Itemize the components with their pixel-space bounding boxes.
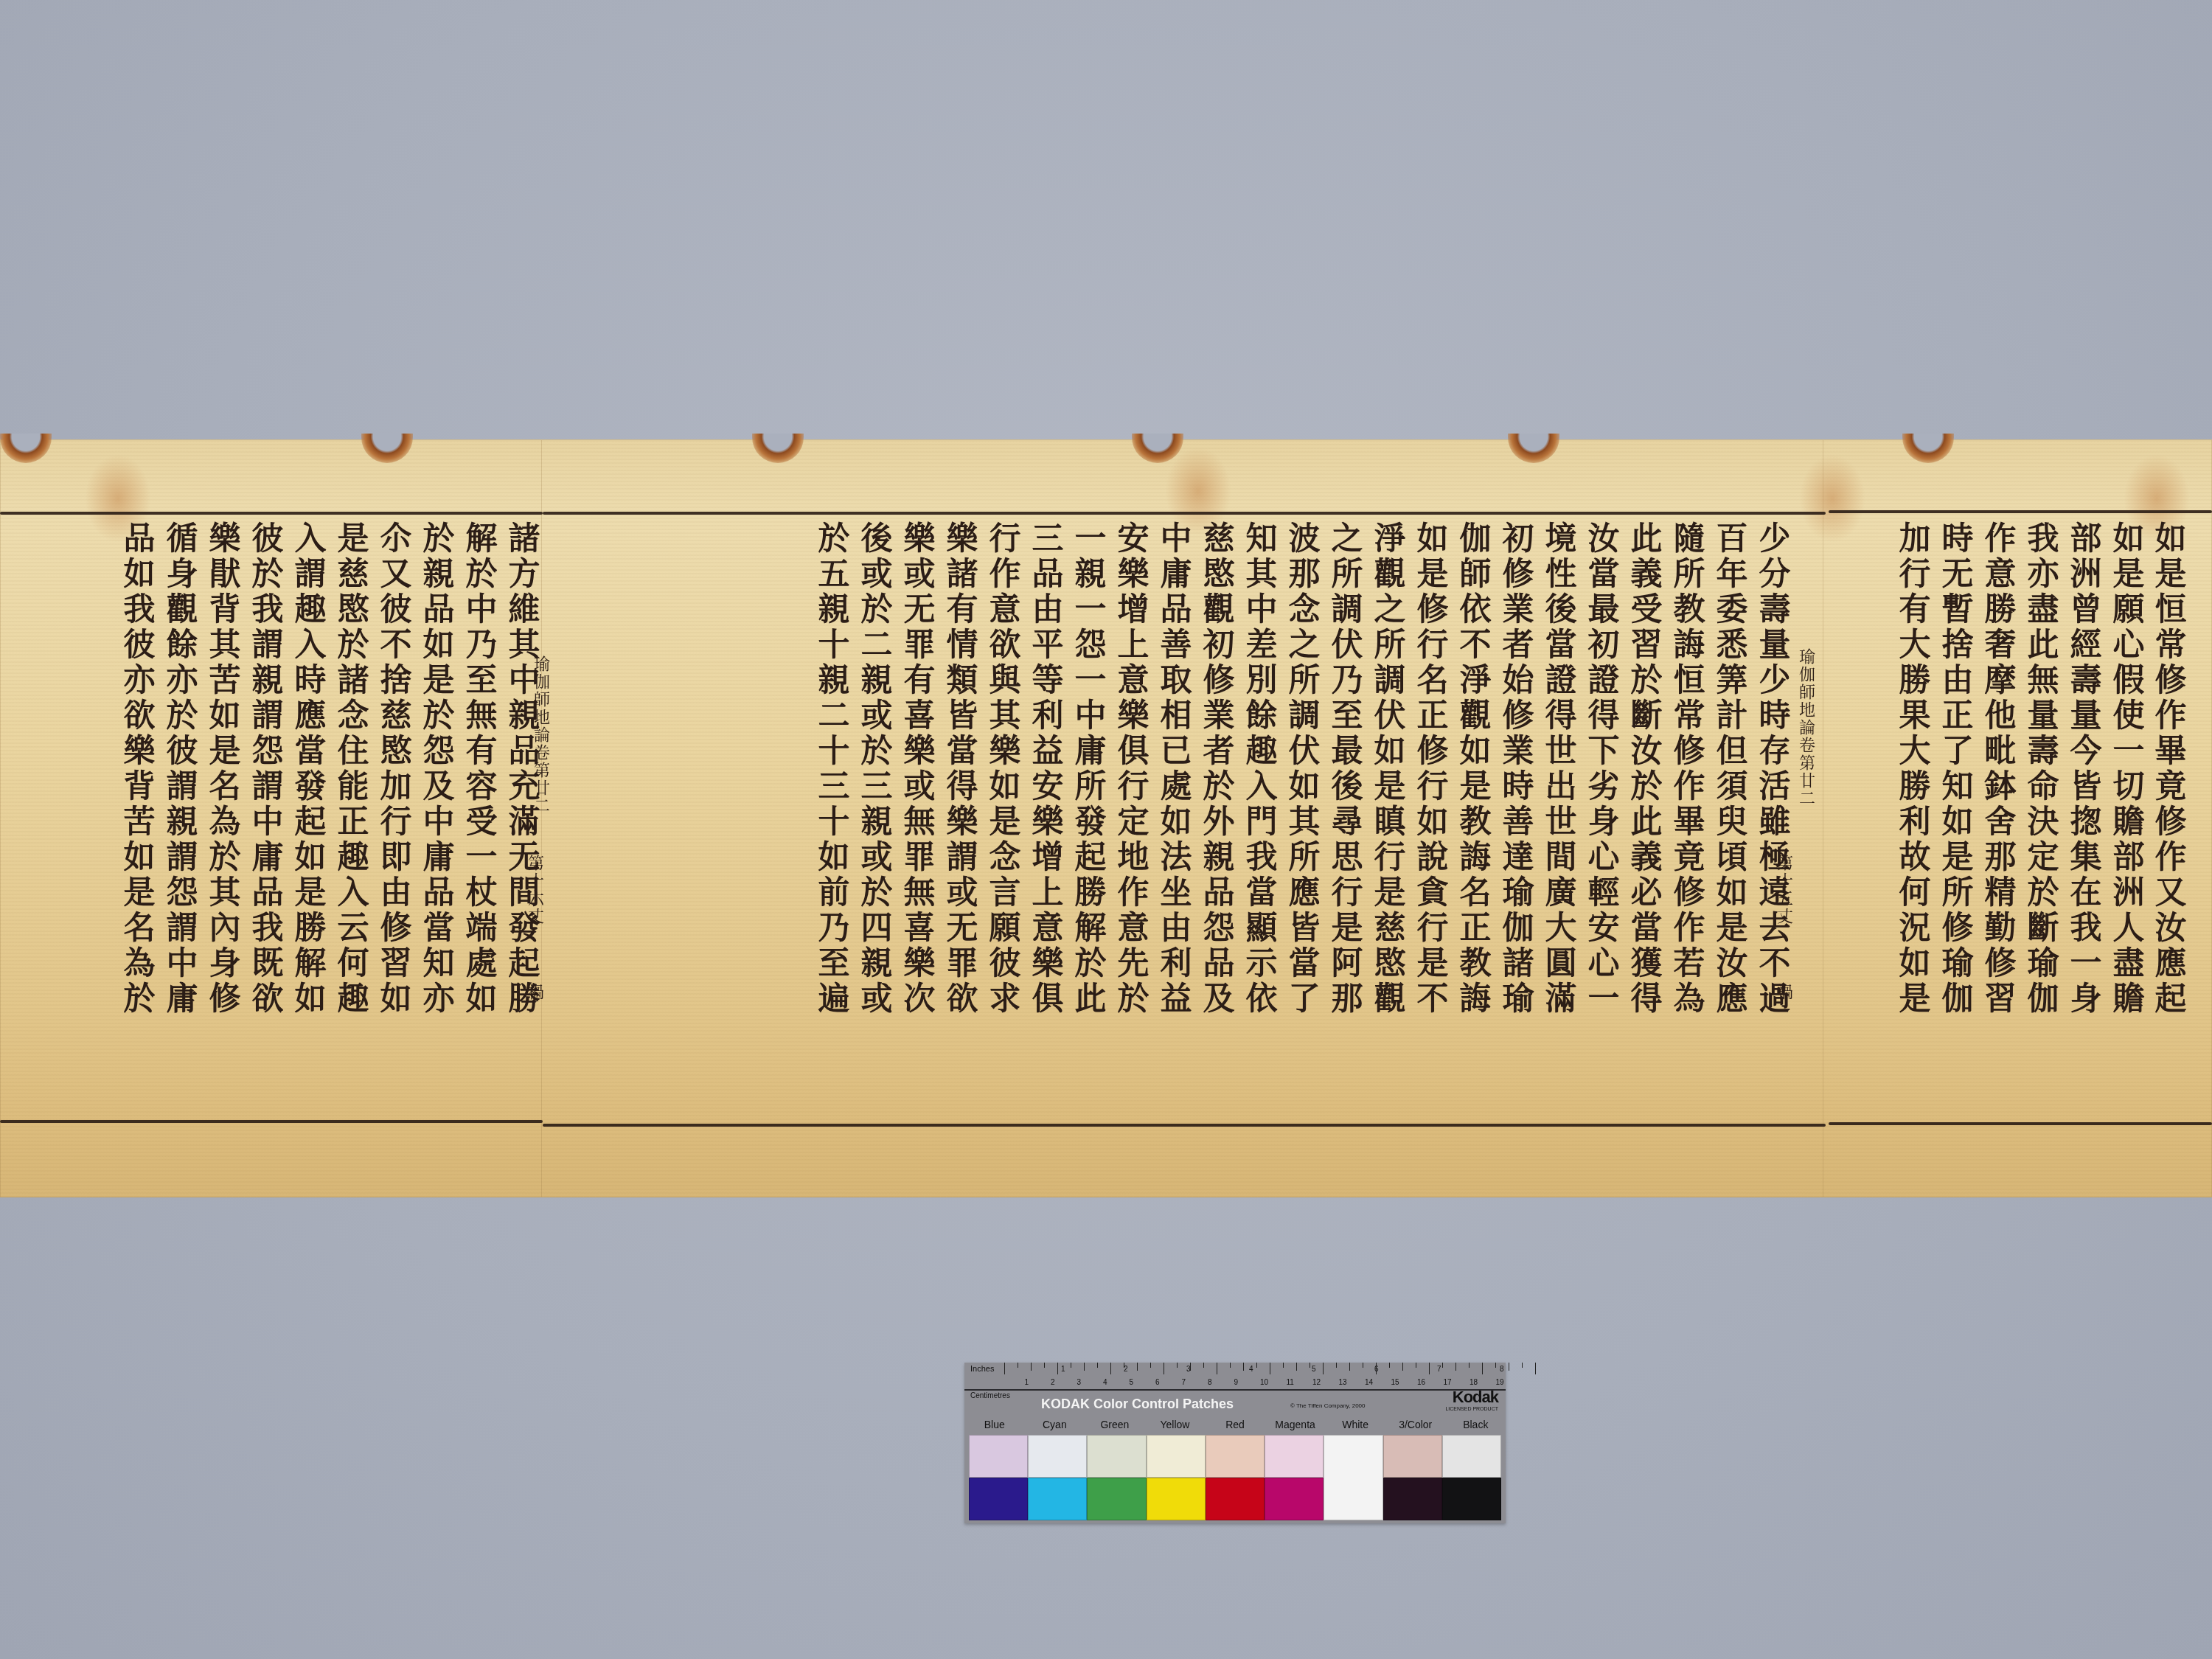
- color-patch-yellow-light: [1147, 1435, 1206, 1478]
- character: 等: [1026, 663, 1069, 698]
- character: 行: [1112, 769, 1155, 804]
- character: 正: [1411, 698, 1454, 734]
- text-column: 我亦盡此無量壽命決定於斷瑜伽: [2022, 521, 2065, 1017]
- character: 慈: [1368, 911, 1411, 946]
- ruler-tick: [1363, 1363, 1363, 1368]
- character: 揔: [2065, 804, 2107, 840]
- character: 誨: [1454, 981, 1497, 1017]
- color-patch-green-dark: [1087, 1478, 1146, 1520]
- character: 作: [1112, 875, 1155, 911]
- character: 樂: [898, 946, 941, 981]
- character: 始: [1497, 663, 1540, 698]
- character: 如: [460, 981, 503, 1017]
- ruler-tick: [1535, 1363, 1536, 1374]
- character: 暫: [1936, 592, 1979, 627]
- text-column: 初修業者始修業時善達瑜伽諸瑜: [1497, 521, 1540, 1017]
- character: 先: [1112, 946, 1155, 981]
- margin-character: 論: [1796, 720, 1818, 737]
- character: 是: [1711, 911, 1753, 946]
- character: 或: [855, 840, 898, 875]
- character: 貪: [1411, 875, 1454, 911]
- character: 最: [1582, 592, 1625, 627]
- character: 教: [1454, 946, 1497, 981]
- character: 所: [1283, 840, 1326, 875]
- character: 如: [1711, 875, 1753, 911]
- character: 其: [1240, 557, 1283, 592]
- character: 庸: [417, 840, 460, 875]
- character: 言: [984, 875, 1026, 911]
- character: 壽: [2065, 663, 2107, 698]
- character: 洲: [2107, 875, 2150, 911]
- character: 入: [1240, 769, 1283, 804]
- character: 安: [1112, 521, 1155, 557]
- character: 樂: [984, 734, 1026, 769]
- character: 或: [855, 698, 898, 734]
- character: 今: [2065, 734, 2107, 769]
- character: 身: [1582, 804, 1625, 840]
- character: 無: [2022, 663, 2065, 698]
- character: 了: [1283, 981, 1326, 1017]
- character: 意: [1026, 911, 1069, 946]
- character: 樂: [941, 804, 984, 840]
- character: 亦: [118, 663, 161, 698]
- character: 畢: [1668, 804, 1711, 840]
- inch-mark: 1: [1061, 1366, 1065, 1374]
- character: 由: [1026, 592, 1069, 627]
- character: 為: [118, 946, 161, 981]
- license-text: LICENSED PRODUCT: [1445, 1407, 1498, 1412]
- character: 一: [2065, 946, 2107, 981]
- character: 使: [2107, 698, 2150, 734]
- color-patch-3-color-dark: [1383, 1478, 1442, 1520]
- character: 住: [332, 734, 375, 769]
- character: 情: [941, 627, 984, 663]
- character: 即: [375, 840, 417, 875]
- text-column: 循身觀餘亦於彼謂親謂怨謂中庸: [161, 521, 204, 1017]
- character: 類: [941, 663, 984, 698]
- character: 地: [1112, 840, 1155, 875]
- character: 如: [2149, 521, 2192, 557]
- character: 安: [1582, 911, 1625, 946]
- character: 觀: [1454, 698, 1497, 734]
- character: 彼: [161, 734, 204, 769]
- character: 初: [1197, 627, 1240, 663]
- character: 容: [460, 769, 503, 804]
- character: 調: [1368, 663, 1411, 698]
- character: 波: [1283, 521, 1326, 557]
- character: 是: [1411, 557, 1454, 592]
- character: 達: [1497, 840, 1540, 875]
- character: 謂: [246, 698, 289, 734]
- character: 平: [1026, 627, 1069, 663]
- character: 門: [1240, 804, 1283, 840]
- text-column: 中庸品善取相已處如法坐由利益: [1155, 521, 1197, 1017]
- character: 分: [1753, 557, 1796, 592]
- character: 外: [1197, 804, 1240, 840]
- ruler-tick: [1097, 1363, 1098, 1368]
- character: 處: [460, 946, 503, 981]
- character: 於: [855, 875, 898, 911]
- text-column: 是慈愍於諸念住能正趣入云何趣: [332, 521, 375, 1017]
- character: 愍: [1368, 946, 1411, 981]
- character: 贍: [2107, 804, 2150, 840]
- carver-mark-left: 禍: [525, 984, 547, 1002]
- character: 一: [1069, 592, 1112, 627]
- character: 瞋: [1368, 804, 1411, 840]
- character: 彼: [246, 521, 289, 557]
- character: 於: [417, 521, 460, 557]
- character: 所: [1283, 663, 1326, 698]
- character: 洲: [2065, 557, 2107, 592]
- character: 庸: [1069, 734, 1112, 769]
- character: 又: [375, 557, 417, 592]
- ruler-tick: [1256, 1363, 1257, 1368]
- ruler-tick: [1044, 1363, 1045, 1368]
- text-column: 彼於我謂親謂怨謂中庸品我既欲: [246, 521, 289, 1017]
- character: 怨: [1069, 627, 1112, 663]
- character: 阿: [1326, 946, 1368, 981]
- character: 品: [417, 592, 460, 627]
- character: 謂: [246, 769, 289, 804]
- character: 或: [855, 557, 898, 592]
- character: 時: [1753, 698, 1796, 734]
- ruler-tick: [1509, 1363, 1509, 1371]
- character: 彼: [118, 627, 161, 663]
- character: 作: [1979, 521, 2022, 557]
- character: 苦: [118, 804, 161, 840]
- character: 行: [1411, 769, 1454, 804]
- character: 趣: [1240, 734, 1283, 769]
- character: 親: [813, 592, 855, 627]
- character: 部: [2065, 521, 2107, 557]
- character: 如: [1936, 804, 1979, 840]
- text-column: 淨觀之所調伏如是瞋行是慈愍觀: [1368, 521, 1411, 1017]
- character: 作: [1668, 769, 1711, 804]
- character: 汝: [1711, 946, 1753, 981]
- character: 喜: [898, 911, 941, 946]
- ruler-tick: [1230, 1363, 1231, 1368]
- character: 皆: [1283, 911, 1326, 946]
- character: 入: [289, 521, 332, 557]
- character: 利: [1026, 698, 1069, 734]
- character: 於: [246, 557, 289, 592]
- character: 出: [1540, 769, 1582, 804]
- character: 諸: [503, 521, 546, 557]
- character: 能: [332, 769, 375, 804]
- character: 間: [1540, 840, 1582, 875]
- character: 入: [332, 875, 375, 911]
- character: 後: [1326, 769, 1368, 804]
- character: 況: [1893, 911, 1936, 946]
- character: 願: [2107, 592, 2150, 627]
- character: 親: [246, 663, 289, 698]
- character: 業: [1497, 734, 1540, 769]
- character: 雖: [1753, 804, 1796, 840]
- patch-label: Blue: [964, 1419, 1025, 1433]
- character: 亦: [161, 663, 204, 698]
- character: 發: [289, 769, 332, 804]
- text-column: 部洲曾經壽量今皆揔集在我一身: [2065, 521, 2107, 1017]
- character: 名: [118, 911, 161, 946]
- character: 委: [1711, 592, 1753, 627]
- character: 於: [1625, 769, 1668, 804]
- character: 世: [1540, 804, 1582, 840]
- character: 修: [375, 911, 417, 946]
- character: 益: [1155, 981, 1197, 1017]
- patch-label: Red: [1205, 1419, 1265, 1433]
- cm-mark: 3: [1077, 1379, 1082, 1387]
- character: 是: [118, 875, 161, 911]
- character: 後: [855, 521, 898, 557]
- character: 世: [1540, 734, 1582, 769]
- character: 獲: [1625, 946, 1668, 981]
- character: 如: [984, 769, 1026, 804]
- character: 毗: [1979, 734, 2022, 769]
- character: 伏: [1368, 698, 1411, 734]
- character: 知: [1240, 521, 1283, 557]
- character: 習: [375, 946, 417, 981]
- cm-mark: 6: [1155, 1379, 1160, 1387]
- character: 隨: [1668, 521, 1711, 557]
- character: 大: [1893, 627, 1936, 663]
- text-column: 加行有大勝果大勝利故何況如是: [1893, 521, 1936, 1017]
- character: 淨: [1368, 521, 1411, 557]
- character: 品: [1155, 592, 1197, 627]
- character: 修: [1497, 698, 1540, 734]
- character: 師: [1454, 557, 1497, 592]
- character: 循: [161, 521, 204, 557]
- ruler-tick: [1270, 1363, 1270, 1374]
- character: 正: [1454, 911, 1497, 946]
- character: 之: [1326, 521, 1368, 557]
- character: 由: [1155, 911, 1197, 946]
- character: 我: [2022, 521, 2065, 557]
- character: 或: [941, 875, 984, 911]
- character: 善: [1155, 627, 1197, 663]
- ruler-tick: [1084, 1363, 1085, 1371]
- character: 親: [855, 663, 898, 698]
- margin-character: 伽: [1796, 667, 1818, 684]
- character: 行: [1368, 840, 1411, 875]
- margin-character: 地: [531, 709, 553, 727]
- character: 於: [855, 734, 898, 769]
- character: 境: [1540, 521, 1582, 557]
- color-patch-red-dark: [1206, 1478, 1265, 1520]
- character: 所: [1668, 557, 1711, 592]
- character: 既: [246, 946, 289, 981]
- character: 伏: [1283, 734, 1326, 769]
- character: 贍: [2107, 981, 2150, 1017]
- character: 法: [1155, 840, 1197, 875]
- character: 了: [1936, 734, 1979, 769]
- character: 樂: [898, 521, 941, 557]
- ruler-tick: [1177, 1363, 1178, 1368]
- margin-character: 廿: [1796, 773, 1818, 790]
- character: 教: [1454, 804, 1497, 840]
- character: 所: [1069, 769, 1112, 804]
- text-column: 如是恒常修作畢竟修作又汝應起: [2149, 521, 2192, 1017]
- character: 至: [813, 946, 855, 981]
- ruler-tick: [1018, 1363, 1018, 1368]
- character: 曾: [2065, 592, 2107, 627]
- kodak-color-control-card: 1234567812345678910111213141516171819 In…: [964, 1363, 1506, 1523]
- character: 又: [2149, 875, 2192, 911]
- character: 年: [1711, 557, 1753, 592]
- character: 怨: [1197, 911, 1240, 946]
- character: 與: [984, 663, 1026, 698]
- character: 相: [1155, 698, 1197, 734]
- character: 得: [941, 769, 984, 804]
- patch-label: Cyan: [1025, 1419, 1085, 1433]
- character: 竟: [1668, 840, 1711, 875]
- cm-mark: 19: [1496, 1379, 1504, 1387]
- character: 依: [1454, 592, 1497, 627]
- character: 加: [375, 769, 417, 804]
- character: 部: [2107, 840, 2150, 875]
- character: 此: [1069, 981, 1112, 1017]
- card-title: KODAK Color Control Patches: [1041, 1397, 1234, 1412]
- cm-mark: 14: [1365, 1379, 1373, 1387]
- text-column: 行作意欲與其樂如是念言願彼求: [984, 521, 1026, 1017]
- text-column: 如是修行名正修行如說貪行是不: [1411, 521, 1454, 1017]
- top-border-rule: [1829, 510, 2212, 513]
- character: 當: [1540, 627, 1582, 663]
- color-patch-yellow-dark: [1147, 1478, 1206, 1520]
- text-column: 波那念之所調伏如其所應皆當了: [1283, 521, 1326, 1017]
- margin-character: 第: [1796, 755, 1818, 773]
- kodak-logo: Kodak: [1453, 1388, 1498, 1407]
- character: 意: [1112, 911, 1155, 946]
- character: 者: [1497, 627, 1540, 663]
- character: 勝: [1979, 592, 2022, 627]
- text-column: 慈愍觀初修業者於外親品怨品及: [1197, 521, 1240, 1017]
- character: 汝: [1582, 521, 1625, 557]
- character: 者: [1197, 734, 1240, 769]
- margin-character: 地: [1796, 702, 1818, 720]
- character: 修: [1668, 875, 1711, 911]
- character: 益: [1026, 734, 1069, 769]
- text-column: 知其中差別餘趣入門我當顯示依: [1240, 521, 1283, 1017]
- ruler-tick: [1482, 1363, 1483, 1374]
- character: 背: [118, 769, 161, 804]
- character: 此: [1625, 804, 1668, 840]
- character: 作: [984, 557, 1026, 592]
- text-column: 隨所教誨恒常修作畢竟修作若為: [1668, 521, 1711, 1017]
- character: 入: [289, 627, 332, 663]
- character: 怨: [417, 734, 460, 769]
- character: 畢: [2149, 734, 2192, 769]
- character: 起: [1069, 840, 1112, 875]
- character: 起: [503, 946, 546, 981]
- character: 勝: [289, 911, 332, 946]
- character: 精: [1979, 875, 2022, 911]
- character: 欲: [984, 627, 1026, 663]
- margin-character: 十: [1774, 873, 1796, 891]
- character: 應: [1711, 981, 1753, 1017]
- character: 加: [1893, 521, 1936, 557]
- character: 鉢: [1979, 769, 2022, 804]
- ruler-tick: [1429, 1363, 1430, 1374]
- character: 心: [1582, 946, 1625, 981]
- character: 下: [1582, 734, 1625, 769]
- character: 如: [1411, 521, 1454, 557]
- cm-mark: 18: [1470, 1379, 1478, 1387]
- color-patch-red-light: [1206, 1435, 1265, 1478]
- character: 其: [1283, 804, 1326, 840]
- character: 餘: [161, 627, 204, 663]
- character: 行: [375, 804, 417, 840]
- character: 若: [1668, 946, 1711, 981]
- character: 是: [1326, 911, 1368, 946]
- bottom-border-rule: [0, 1120, 543, 1123]
- character: 增: [1112, 592, 1155, 627]
- stain: [1799, 454, 1865, 543]
- cm-mark: 7: [1182, 1379, 1186, 1387]
- character: 身: [2065, 981, 2107, 1017]
- character: 但: [1711, 734, 1753, 769]
- character: 命: [2022, 769, 2065, 804]
- character: 知: [1936, 769, 1979, 804]
- character: 乃: [460, 627, 503, 663]
- character: 名: [1454, 875, 1497, 911]
- character: 五: [813, 557, 855, 592]
- character: 我: [1240, 840, 1283, 875]
- ruler: 1234567812345678910111213141516171819: [964, 1363, 1506, 1391]
- character: 修: [2149, 804, 2192, 840]
- character: 顯: [1240, 911, 1283, 946]
- character: 淨: [1454, 663, 1497, 698]
- character: 庸: [161, 981, 204, 1017]
- character: 當: [1625, 911, 1668, 946]
- margin-character: 伽: [531, 674, 553, 692]
- character: 親: [855, 804, 898, 840]
- bottom-border-rule: [1829, 1122, 2212, 1125]
- character: 於: [1112, 981, 1155, 1017]
- character: 意: [984, 592, 1026, 627]
- character: 中: [1155, 521, 1197, 557]
- character: 習: [1625, 627, 1668, 663]
- character: 俱: [1112, 734, 1155, 769]
- character: 如: [2107, 521, 2150, 557]
- character: 或: [855, 981, 898, 1017]
- character: 壽: [1753, 592, 1796, 627]
- margin-character: 丈: [525, 908, 547, 926]
- character: 願: [984, 911, 1026, 946]
- character: 欲: [941, 981, 984, 1017]
- character: 遍: [813, 981, 855, 1017]
- character: 是: [1368, 769, 1411, 804]
- character: 是: [332, 521, 375, 557]
- character: 如: [1155, 804, 1197, 840]
- character: 慈: [1197, 521, 1240, 557]
- character: 應: [1283, 875, 1326, 911]
- patch-label: Magenta: [1265, 1419, 1326, 1433]
- character: 那: [1326, 981, 1368, 1017]
- character: 常: [1668, 698, 1711, 734]
- text-column: 於親品如是於怨及中庸品當知亦: [417, 521, 460, 1017]
- character: 是: [2107, 557, 2150, 592]
- character: 圓: [1540, 946, 1582, 981]
- character: 二: [813, 698, 855, 734]
- character: 行: [1893, 557, 1936, 592]
- character: 解: [460, 521, 503, 557]
- text-column: 時无暫捨由正了知如是所修瑜伽: [1936, 521, 1979, 1017]
- character: 輕: [1582, 875, 1625, 911]
- character: 滿: [1540, 981, 1582, 1017]
- margin-character: 第: [531, 762, 553, 780]
- character: 依: [1240, 981, 1283, 1017]
- character: 如: [118, 557, 161, 592]
